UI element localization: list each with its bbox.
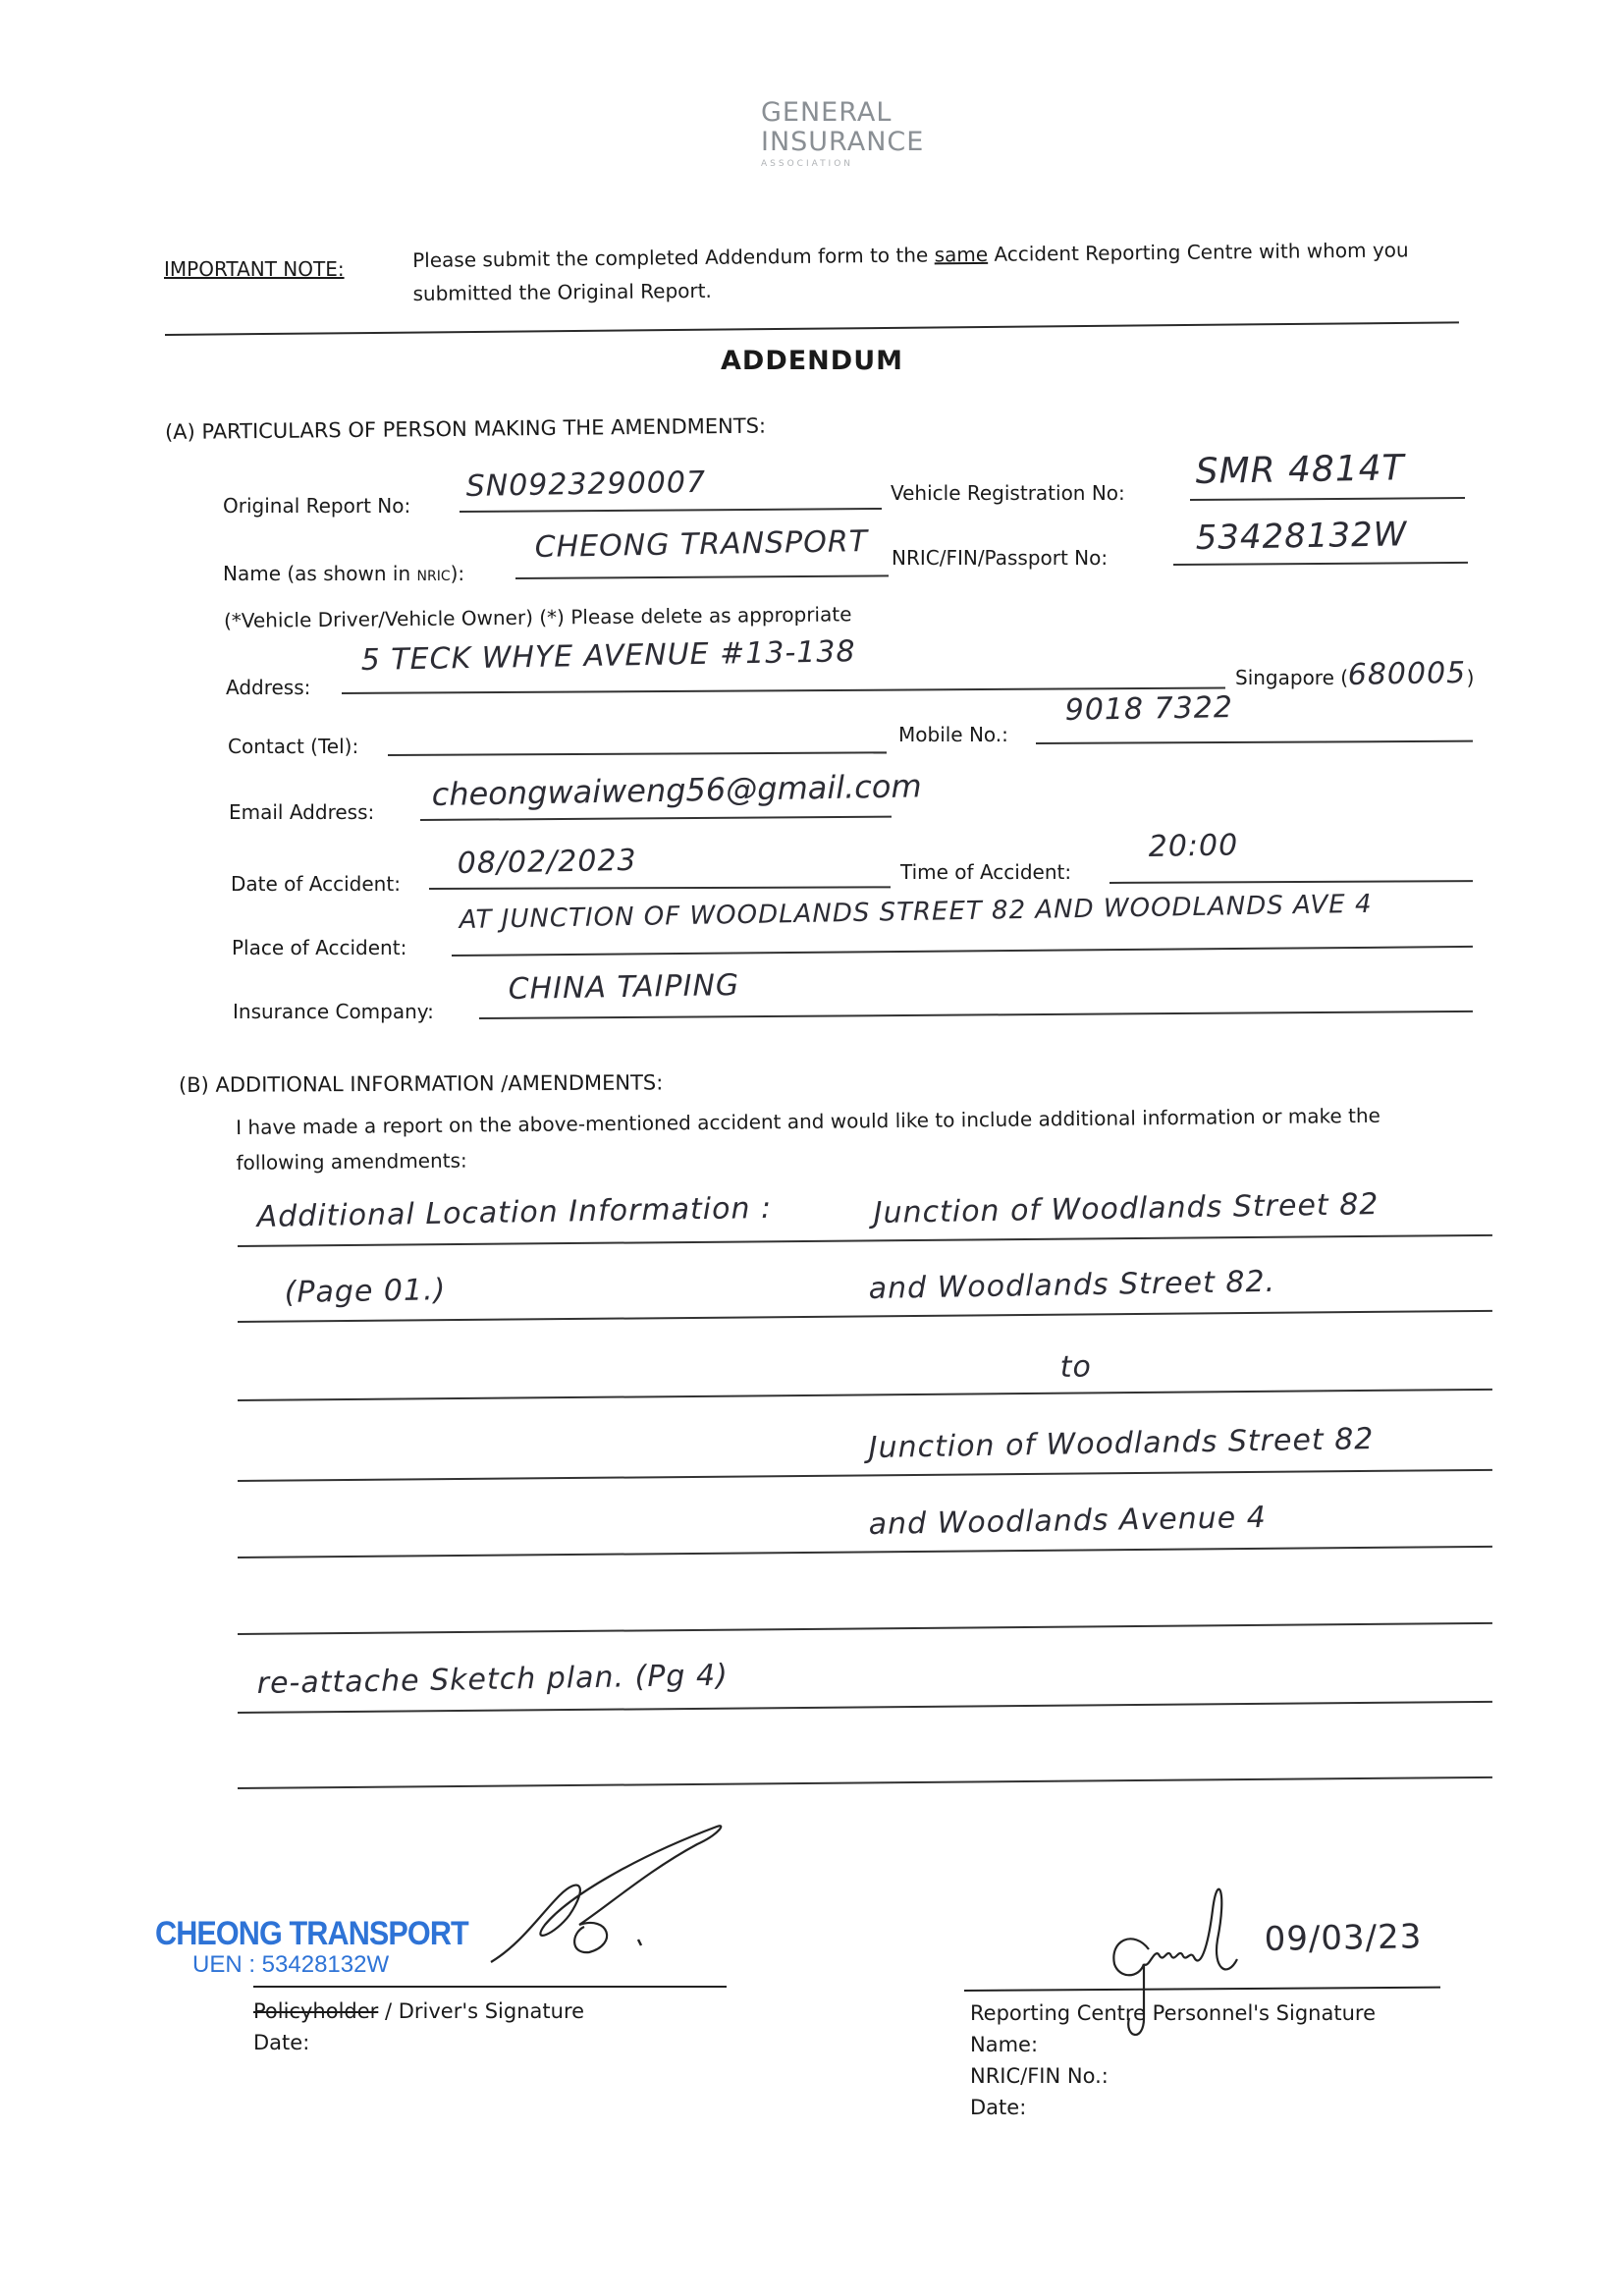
amendment-text-left: Additional Location Information : — [256, 1191, 772, 1234]
policyholder-struck: Policyholder — [253, 1999, 378, 2023]
email-value[interactable]: cheongwaiweng56@gmail.com — [431, 767, 922, 813]
amendment-line-rule — [238, 1622, 1492, 1635]
important-note-emphasis: same — [934, 243, 988, 267]
policyholder-signature-line[interactable] — [253, 1986, 727, 1988]
important-note-text: Please submit the completed Addendum for… — [412, 233, 1474, 310]
mobile-value[interactable]: 9018 7322 — [1064, 690, 1233, 728]
amendment-text-left: (Page 01.) — [284, 1273, 446, 1310]
contact-tel-field[interactable] — [388, 751, 887, 756]
mobile-field[interactable] — [1036, 740, 1473, 744]
original-report-field[interactable] — [460, 508, 882, 513]
amendment-text-left: re-attache Sketch plan. (Pg 4) — [256, 1659, 729, 1701]
policyholder-signature — [461, 1817, 736, 1974]
page-title: ADDENDUM — [0, 346, 1624, 376]
policyholder-date-label: Date: — [253, 2027, 309, 2058]
vehicle-registration-label: Vehicle Registration No: — [891, 481, 1125, 505]
logo-line-insurance: INSURANCE — [761, 128, 924, 157]
nric-value[interactable]: 53428132W — [1195, 515, 1407, 558]
nric-label: NRIC/FIN/Passport No: — [892, 546, 1108, 570]
name-field[interactable] — [515, 574, 889, 579]
mobile-label: Mobile No.: — [898, 723, 1008, 746]
date-of-accident-field[interactable] — [429, 886, 891, 890]
time-of-accident-field[interactable] — [1110, 880, 1473, 884]
insurance-company-label: Insurance Company: — [233, 1000, 434, 1023]
amendment-text-right: to — [1059, 1349, 1092, 1385]
reporting-centre-nric-label: NRIC/FIN No.: — [970, 2060, 1109, 2092]
time-of-accident-value[interactable]: 20:00 — [1148, 828, 1238, 864]
section-b-heading: (B) ADDITIONAL INFORMATION /AMENDMENTS: — [179, 1070, 663, 1097]
original-report-label: Original Report No: — [223, 494, 410, 518]
gia-logo: GENERAL INSURANCE ASSOCIATION — [761, 98, 924, 169]
stamp-uen: UEN : 53428132W — [192, 1951, 503, 1979]
place-of-accident-label: Place of Accident: — [232, 936, 406, 959]
address-label: Address: — [226, 676, 310, 699]
contact-tel-label: Contact (Tel): — [228, 735, 358, 758]
postal-code-value[interactable]: 680005 — [1347, 656, 1466, 692]
place-of-accident-field[interactable] — [452, 946, 1473, 957]
vehicle-registration-field[interactable] — [1190, 497, 1465, 501]
reporting-centre-date-label: Date: — [970, 2092, 1026, 2123]
place-of-accident-value[interactable]: AT JUNCTION OF WOODLANDS STREET 82 AND W… — [459, 890, 1372, 935]
role-note: (*Vehicle Driver/Vehicle Owner) (*) Plea… — [224, 602, 852, 632]
date-of-accident-label: Date of Accident: — [231, 872, 401, 896]
reporting-centre-handwritten-date: 09/03/23 — [1264, 1917, 1422, 1959]
section-b-intro: I have made a report on the above-mentio… — [236, 1097, 1474, 1180]
reporting-centre-name-label: Name: — [970, 2029, 1038, 2060]
original-report-value[interactable]: SN0923290007 — [465, 465, 706, 504]
amendment-text-right: and Woodlands Avenue 4 — [868, 1501, 1267, 1542]
amendment-line-rule — [238, 1310, 1492, 1323]
logo-line-association: ASSOCIATION — [761, 159, 924, 169]
reporting-centre-signature-label: Reporting Centre Personnel's Signature — [970, 1997, 1376, 2029]
section-a-heading: (A) PARTICULARS OF PERSON MAKING THE AME… — [165, 414, 766, 444]
amendment-text-right: Junction of Woodlands Street 82 — [868, 1422, 1374, 1465]
important-note-label: IMPORTANT NOTE: — [164, 257, 345, 281]
amendment-text-right: and Woodlands Street 82. — [868, 1265, 1275, 1306]
name-value[interactable]: CHEONG TRANSPORT — [534, 524, 868, 565]
nric-field[interactable] — [1173, 562, 1468, 566]
amendment-line-rule — [238, 1701, 1492, 1714]
amendment-line-rule — [238, 1546, 1492, 1558]
email-field[interactable] — [420, 816, 892, 821]
amendment-text-right: Junction of Woodlands Street 82 — [873, 1187, 1379, 1230]
insurance-company-field[interactable] — [479, 1011, 1473, 1019]
postal-label: Singapore (680005) — [1235, 658, 1474, 692]
amendment-line-rule — [238, 1389, 1492, 1401]
logo-line-general: GENERAL — [761, 98, 924, 128]
date-of-accident-value[interactable]: 08/02/2023 — [457, 844, 637, 881]
address-value[interactable]: 5 TECK WHYE AVENUE #13-138 — [360, 634, 855, 678]
company-stamp: CHEONG TRANSPORT UEN : 53428132W — [155, 1915, 503, 1979]
amendment-line-rule — [238, 1234, 1492, 1247]
time-of-accident-label: Time of Accident: — [900, 860, 1071, 884]
amendment-line-rule — [238, 1777, 1492, 1789]
vehicle-registration-value[interactable]: SMR 4814T — [1195, 448, 1405, 492]
email-label: Email Address: — [229, 800, 374, 824]
name-label: Name (as shown in NRIC): — [223, 562, 464, 585]
insurance-company-value[interactable]: CHINA TAIPING — [508, 968, 739, 1007]
stamp-company-name: CHEONG TRANSPORT — [155, 1915, 468, 1953]
amendment-line-rule — [238, 1469, 1492, 1482]
policyholder-signature-label: Policyholder / Driver's Signature — [253, 1995, 584, 2027]
header-divider — [165, 321, 1459, 336]
